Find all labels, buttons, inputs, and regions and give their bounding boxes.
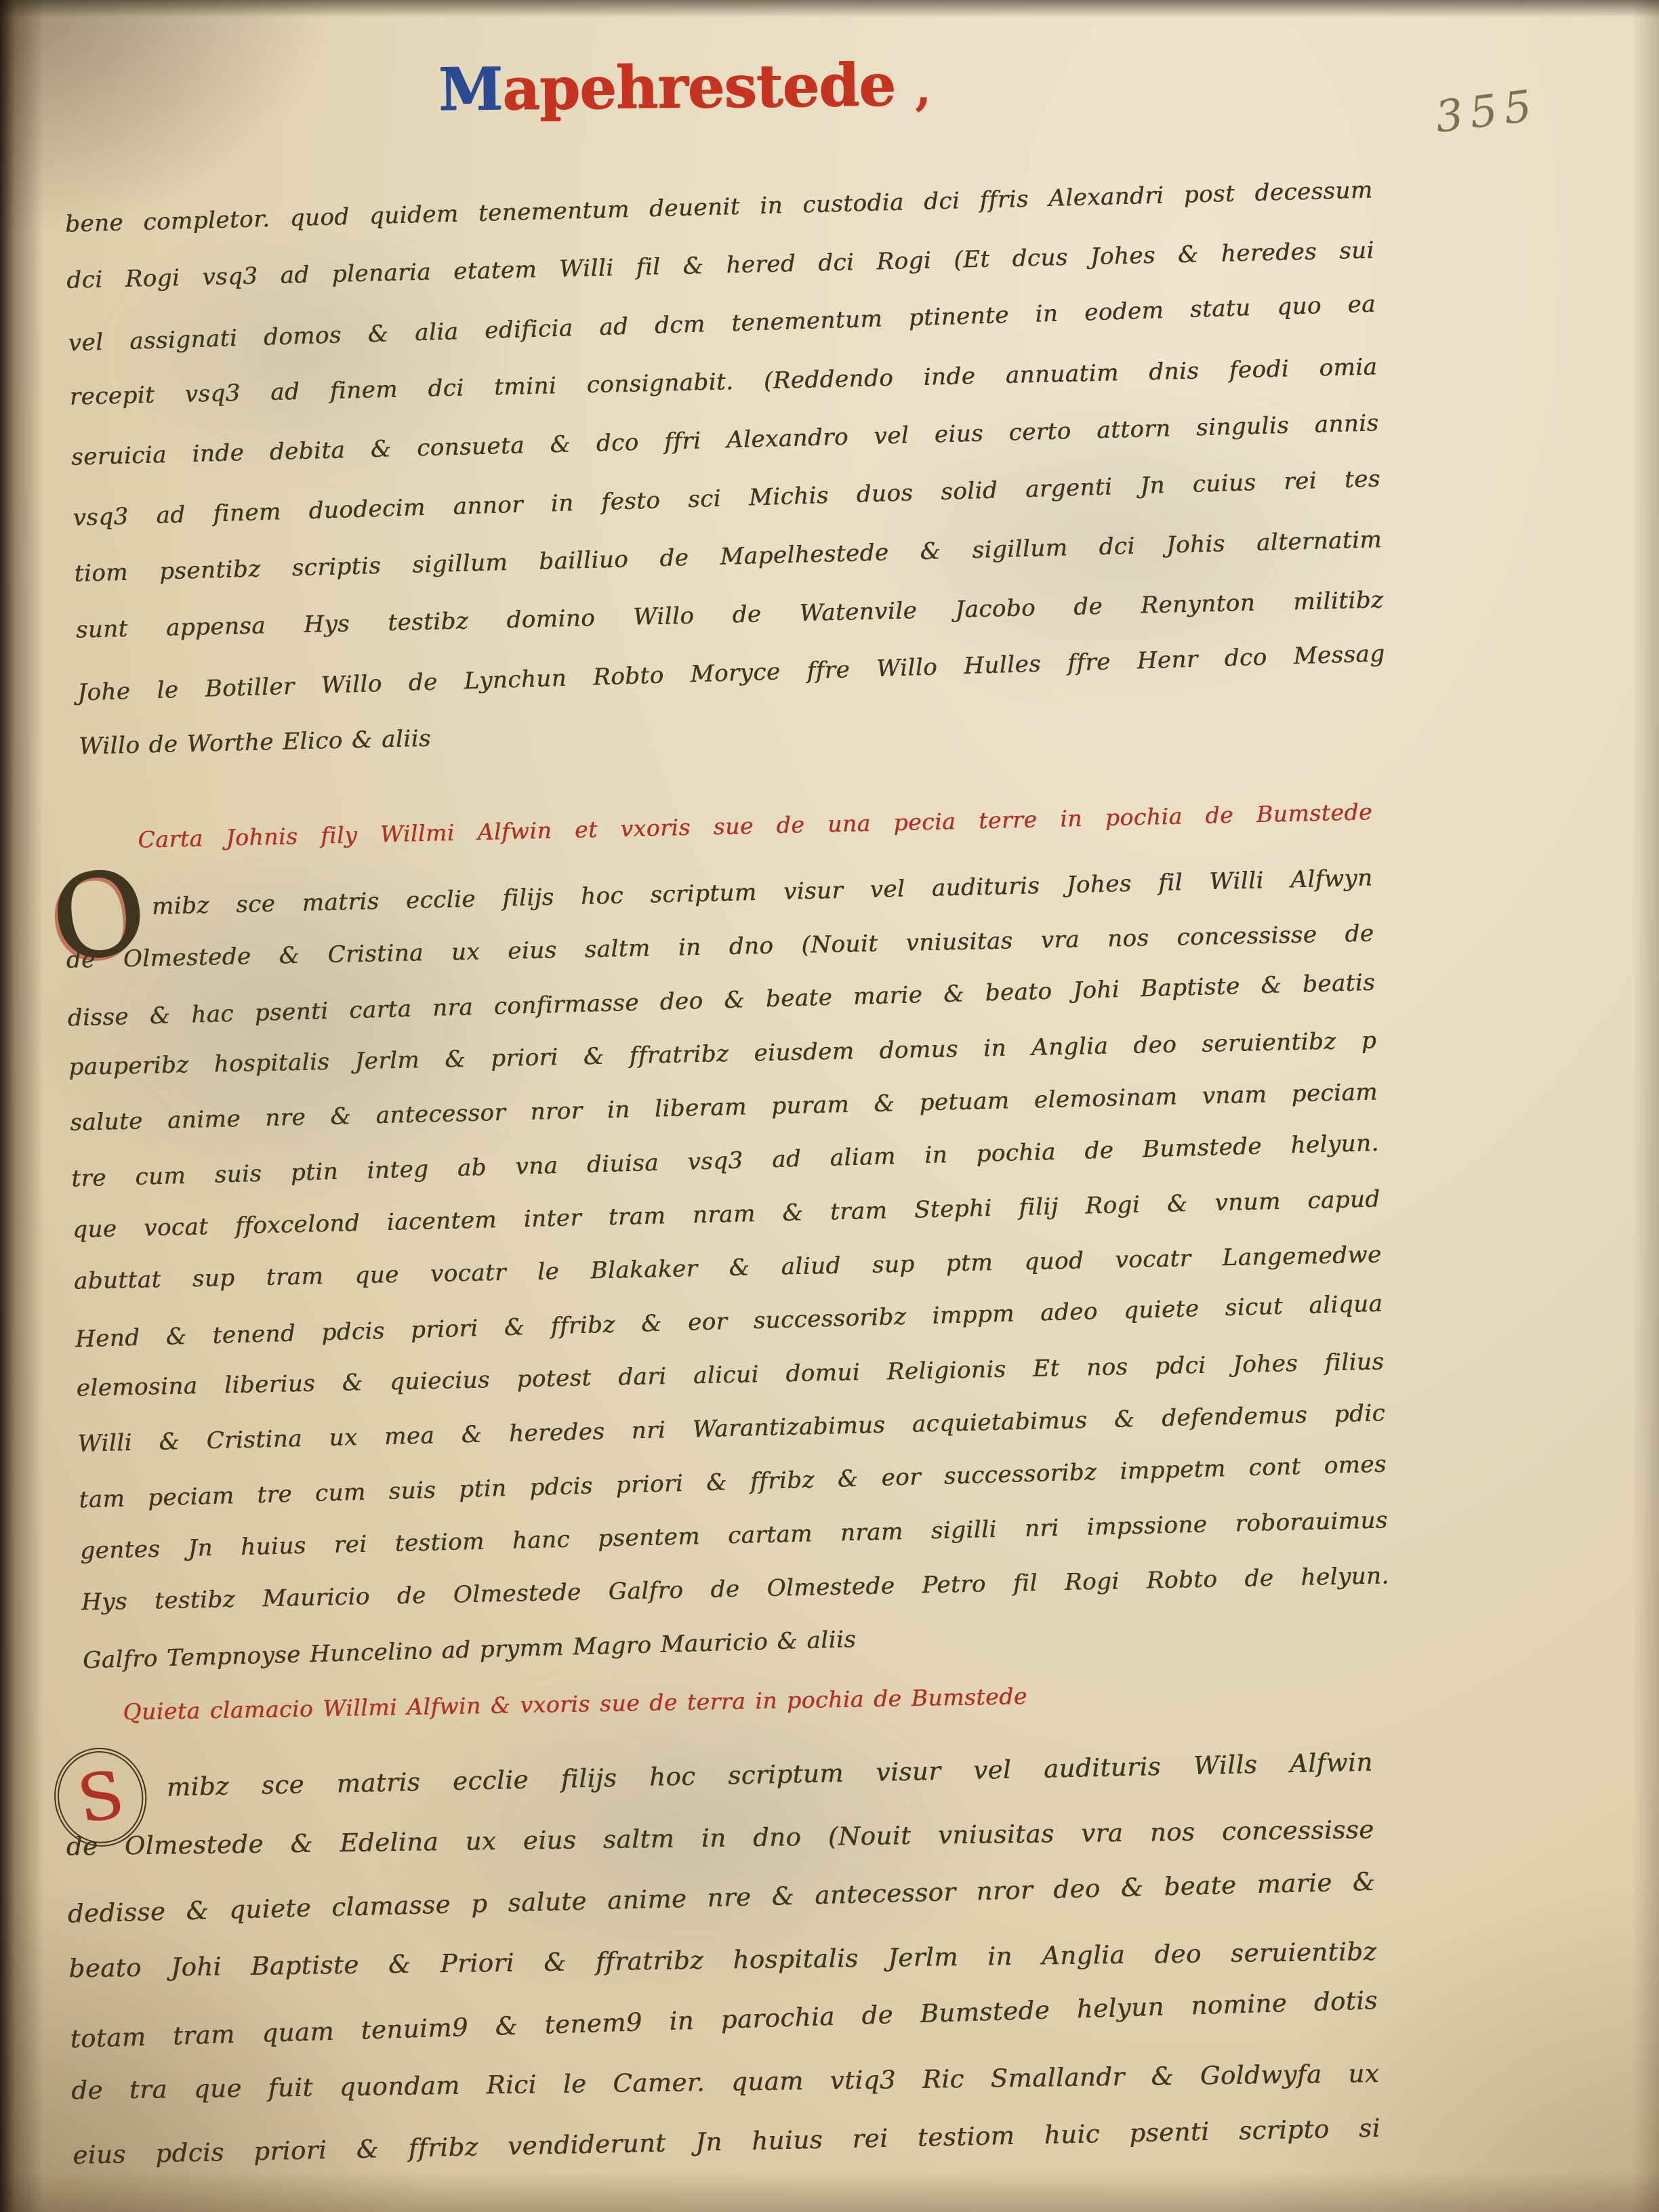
running-header: Mapehrestede , (0, 45, 1369, 128)
running-header-initial: M (438, 55, 502, 124)
rubric-carta-johis: Carta Johnis fily Willmi Alfwin et vxori… (64, 798, 1372, 855)
charter-1-continuation: bene completor. quod quidem tenementum d… (64, 161, 1387, 777)
charter-2-body: O mibz sce matris ecclie filijs hoc scri… (64, 852, 1391, 1685)
charter-3-lines: mibz sce matris ecclie filijs hoc script… (64, 1732, 1381, 2186)
charter-3-body: S mibz sce matris ecclie filijs hoc scri… (64, 1732, 1381, 2186)
running-header-text: apehrestede (502, 51, 896, 123)
folio-number: 355 (1433, 81, 1541, 143)
charter-1-lines: bene completor. quod quidem tenementum d… (64, 161, 1387, 777)
charter-2-lines: mibz sce matris ecclie filijs hoc script… (64, 852, 1391, 1685)
rubric-quieta-clamacio: Quieta clamacio Willmi Alfwin & vxoris s… (64, 1677, 1372, 1726)
manuscript-photo: Mapehrestede , 355 bene completor. quod … (0, 0, 1659, 2212)
parchment-page: Mapehrestede , 355 bene completor. quod … (0, 0, 1659, 2212)
running-header-flourish: , (914, 60, 930, 116)
